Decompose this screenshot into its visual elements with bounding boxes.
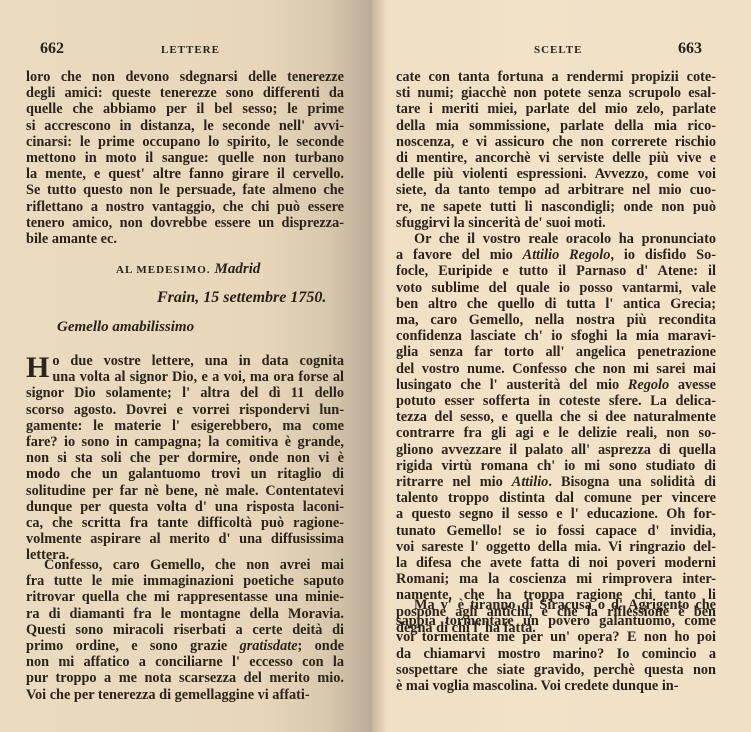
paragraph-continuation: cate con tanta fortuna a rendermi propiz… <box>396 69 716 231</box>
text-line: cate con tanta fortuna a rendermi propiz… <box>396 69 716 85</box>
text-line: bile amante ec. <box>26 231 344 247</box>
text-line: gamente: le materie l' esigerebbero, ma … <box>26 418 344 434</box>
text-line: del vostro nume. Confesso che non mi sar… <box>396 361 716 377</box>
text-line: sospettare che siate gravido, perchè que… <box>396 662 716 678</box>
text-line: lusingato che l' austerità del mio Regol… <box>396 377 716 393</box>
text-line: voi sareste l' oggetto della mia. Vi rin… <box>396 539 716 555</box>
text-line: la difesa che avete fatta di noi poveri … <box>396 555 716 571</box>
text-line: dunque per questa volta d' una risposta … <box>26 499 344 515</box>
text-line: è mai voglia mascolina. Voi credete dunq… <box>396 678 716 694</box>
paragraph-confesso: Confesso, caro Gemello, che non avrei ma… <box>26 557 344 703</box>
drop-cap: H <box>26 355 49 381</box>
text-line: siete, da tanto tempo ad arbitrare nel m… <box>396 182 716 198</box>
page-number: 662 <box>40 40 64 58</box>
text-line: ben altro che quello di tutta l' antica … <box>396 296 716 312</box>
text-line: da chiamarvi mostro marino? Io comincio … <box>396 646 716 662</box>
text-line: tezza del sesso, e quella che si dee nat… <box>396 409 716 425</box>
text-line: non mi affatico a conciliarne l' eccesso… <box>26 654 344 670</box>
text-line: rigida virtù romana ch' io mi sono studi… <box>396 458 716 474</box>
text-line: sappia tormentare un povero galantuomo, … <box>396 613 716 629</box>
text-line: ra di diamanti fra le montagne della Mor… <box>26 606 344 622</box>
text-line: contrarre fra gli agi e le delizie reali… <box>396 425 716 441</box>
page-number: 663 <box>678 40 702 58</box>
text-line: sfuggirvi la sincerità de' suoi moti. <box>396 215 716 231</box>
text-line: talento troppo distinta dal comune per v… <box>396 490 716 506</box>
text-line: una volta al signor Dio, e a voi, ma ora… <box>26 369 344 385</box>
text-line: di mentire, ancorchè vi serviste delle p… <box>396 150 716 166</box>
text-line: Voi che per tenerezza di gemellaggine vi… <box>26 687 344 703</box>
text-line: voto sublime del quale io posso vantarmi… <box>396 280 716 296</box>
text-line: mettono in moto il sangue: quelle non tu… <box>26 150 344 166</box>
text-line: fare? io sono in campagna; la comitiva è… <box>26 434 344 450</box>
book-spread: 662 LETTERE loro che non devono sdegnars… <box>0 0 751 732</box>
text-line: della mia sommissione, parlate della mia… <box>396 118 716 134</box>
text-line: degli amici: queste tenerezze sono diffe… <box>26 85 344 101</box>
paragraph-tiranno: Ma v' è tiranno di Siracusa o d' Agrigen… <box>396 597 716 694</box>
left-page: 662 LETTERE loro che non devono sdegnars… <box>0 0 372 732</box>
text-line: fra tutte le mie immaginazioni poetiche … <box>26 573 344 589</box>
text-line: tare i meriti miei, parlate del mio zelo… <box>396 101 716 117</box>
text-line: delle più violenti espressioni. Avvezzo,… <box>396 166 716 182</box>
dateline: Frain, 15 settembre 1750. <box>157 289 326 307</box>
text-line: Romani; ma la coscienza mi rimprovera in… <box>396 571 716 587</box>
text-line: quelle che abbiamo per il bel sesso; le … <box>26 101 344 117</box>
text-line: gliono avvezzare il palato all' asprezza… <box>396 442 716 458</box>
text-line: solitudine per far nè bene, nè male. Con… <box>26 483 344 499</box>
right-page: SCELTE 663 cate con tanta fortuna a rend… <box>372 0 751 732</box>
text-line: non si sta soli che per dormire, onde no… <box>26 450 344 466</box>
running-head: LETTERE <box>161 44 220 56</box>
text-line: primo ordine, e sono grazie gratisdate; … <box>26 638 344 654</box>
paragraph-opening: H o due vostre lettere, una in data cogn… <box>26 353 344 564</box>
text-line: re, ne sapete tutti li nascondigli; onde… <box>396 199 716 215</box>
text-line: riflettano a nostro vantaggio, che chi p… <box>26 199 344 215</box>
letter-address: AL MEDESIMO. Madrid <box>116 260 260 278</box>
running-head: SCELTE <box>534 44 582 56</box>
text-line: pur troppo a me nota scarsezza del merit… <box>26 670 344 686</box>
text-line: tunato Gemello! se io fossi capace d' in… <box>396 523 716 539</box>
text-line: noscenza, e vi assicuro che non correret… <box>396 134 716 150</box>
place: Madrid <box>215 261 261 277</box>
text-line: Or che il vostro reale oracolo ha pronun… <box>396 231 716 247</box>
text-line: glia senza far torto all' angelica penet… <box>396 344 716 360</box>
text-line: o due vostre lettere, una in data cognit… <box>26 353 344 369</box>
recipient: AL MEDESIMO. <box>116 264 211 276</box>
text-line: sti numi; giacchè non potete senza scrup… <box>396 85 716 101</box>
text-line: ritrovar quella che mi rappresentasse un… <box>26 589 344 605</box>
text-line: la mente, e quest' altre fanno girare il… <box>26 166 344 182</box>
text-line: modo che un galantuomo trovi un ritaglio… <box>26 466 344 482</box>
text-line: loro che non devono sdegnarsi delle tene… <box>26 69 344 85</box>
text-line: a questo segno il sesso e l' educazione.… <box>396 506 716 522</box>
text-line: confidenza lasciate ch' io sfoghi la mia… <box>396 328 716 344</box>
text-line: ritrarre nel mio Attilio. Bisogna una so… <box>396 474 716 490</box>
text-line: scorso agosto. Dovrei e vorrei risponder… <box>26 402 344 418</box>
text-line: voi tormentate me per un' opera? E non h… <box>396 629 716 645</box>
paragraph-oracolo: Or che il vostro reale oracolo ha pronun… <box>396 231 716 636</box>
text-line: cinarsi: le prime occupano lo spirito, l… <box>26 134 344 150</box>
text-line: a favore del mio Attilio Regolo, io disf… <box>396 247 716 263</box>
text-line: focle, Euripide e tutto il Parnaso d' At… <box>396 263 716 279</box>
text-line: signor Dio solamente; l' altra del dì 11… <box>26 385 344 401</box>
text-line: Confesso, caro Gemello, che non avrei ma… <box>26 557 344 573</box>
paragraph-closing: loro che non devono sdegnarsi delle tene… <box>26 69 344 247</box>
text-line: volmente aspirare al merito d' una diffu… <box>26 531 344 547</box>
text-line: tenero amico, non dovrebbe essere un dis… <box>26 215 344 231</box>
salutation: Gemello amabilissimo <box>57 319 194 336</box>
text-line: si accrescono in distanza, le seconde ne… <box>26 118 344 134</box>
text-line: ma, caro Gemello, nella nostra più recon… <box>396 312 716 328</box>
text-line: Ma v' è tiranno di Siracusa o d' Agrigen… <box>396 597 716 613</box>
text-line: Se tutto questo non le persuade, fate al… <box>26 182 344 198</box>
text-line: Questi sono miracoli riserbati a certe d… <box>26 622 344 638</box>
text-line: potuto esser sofferta in coteste sfere. … <box>396 393 716 409</box>
text-line: ca, che scritta fra tante difficoltà può… <box>26 515 344 531</box>
